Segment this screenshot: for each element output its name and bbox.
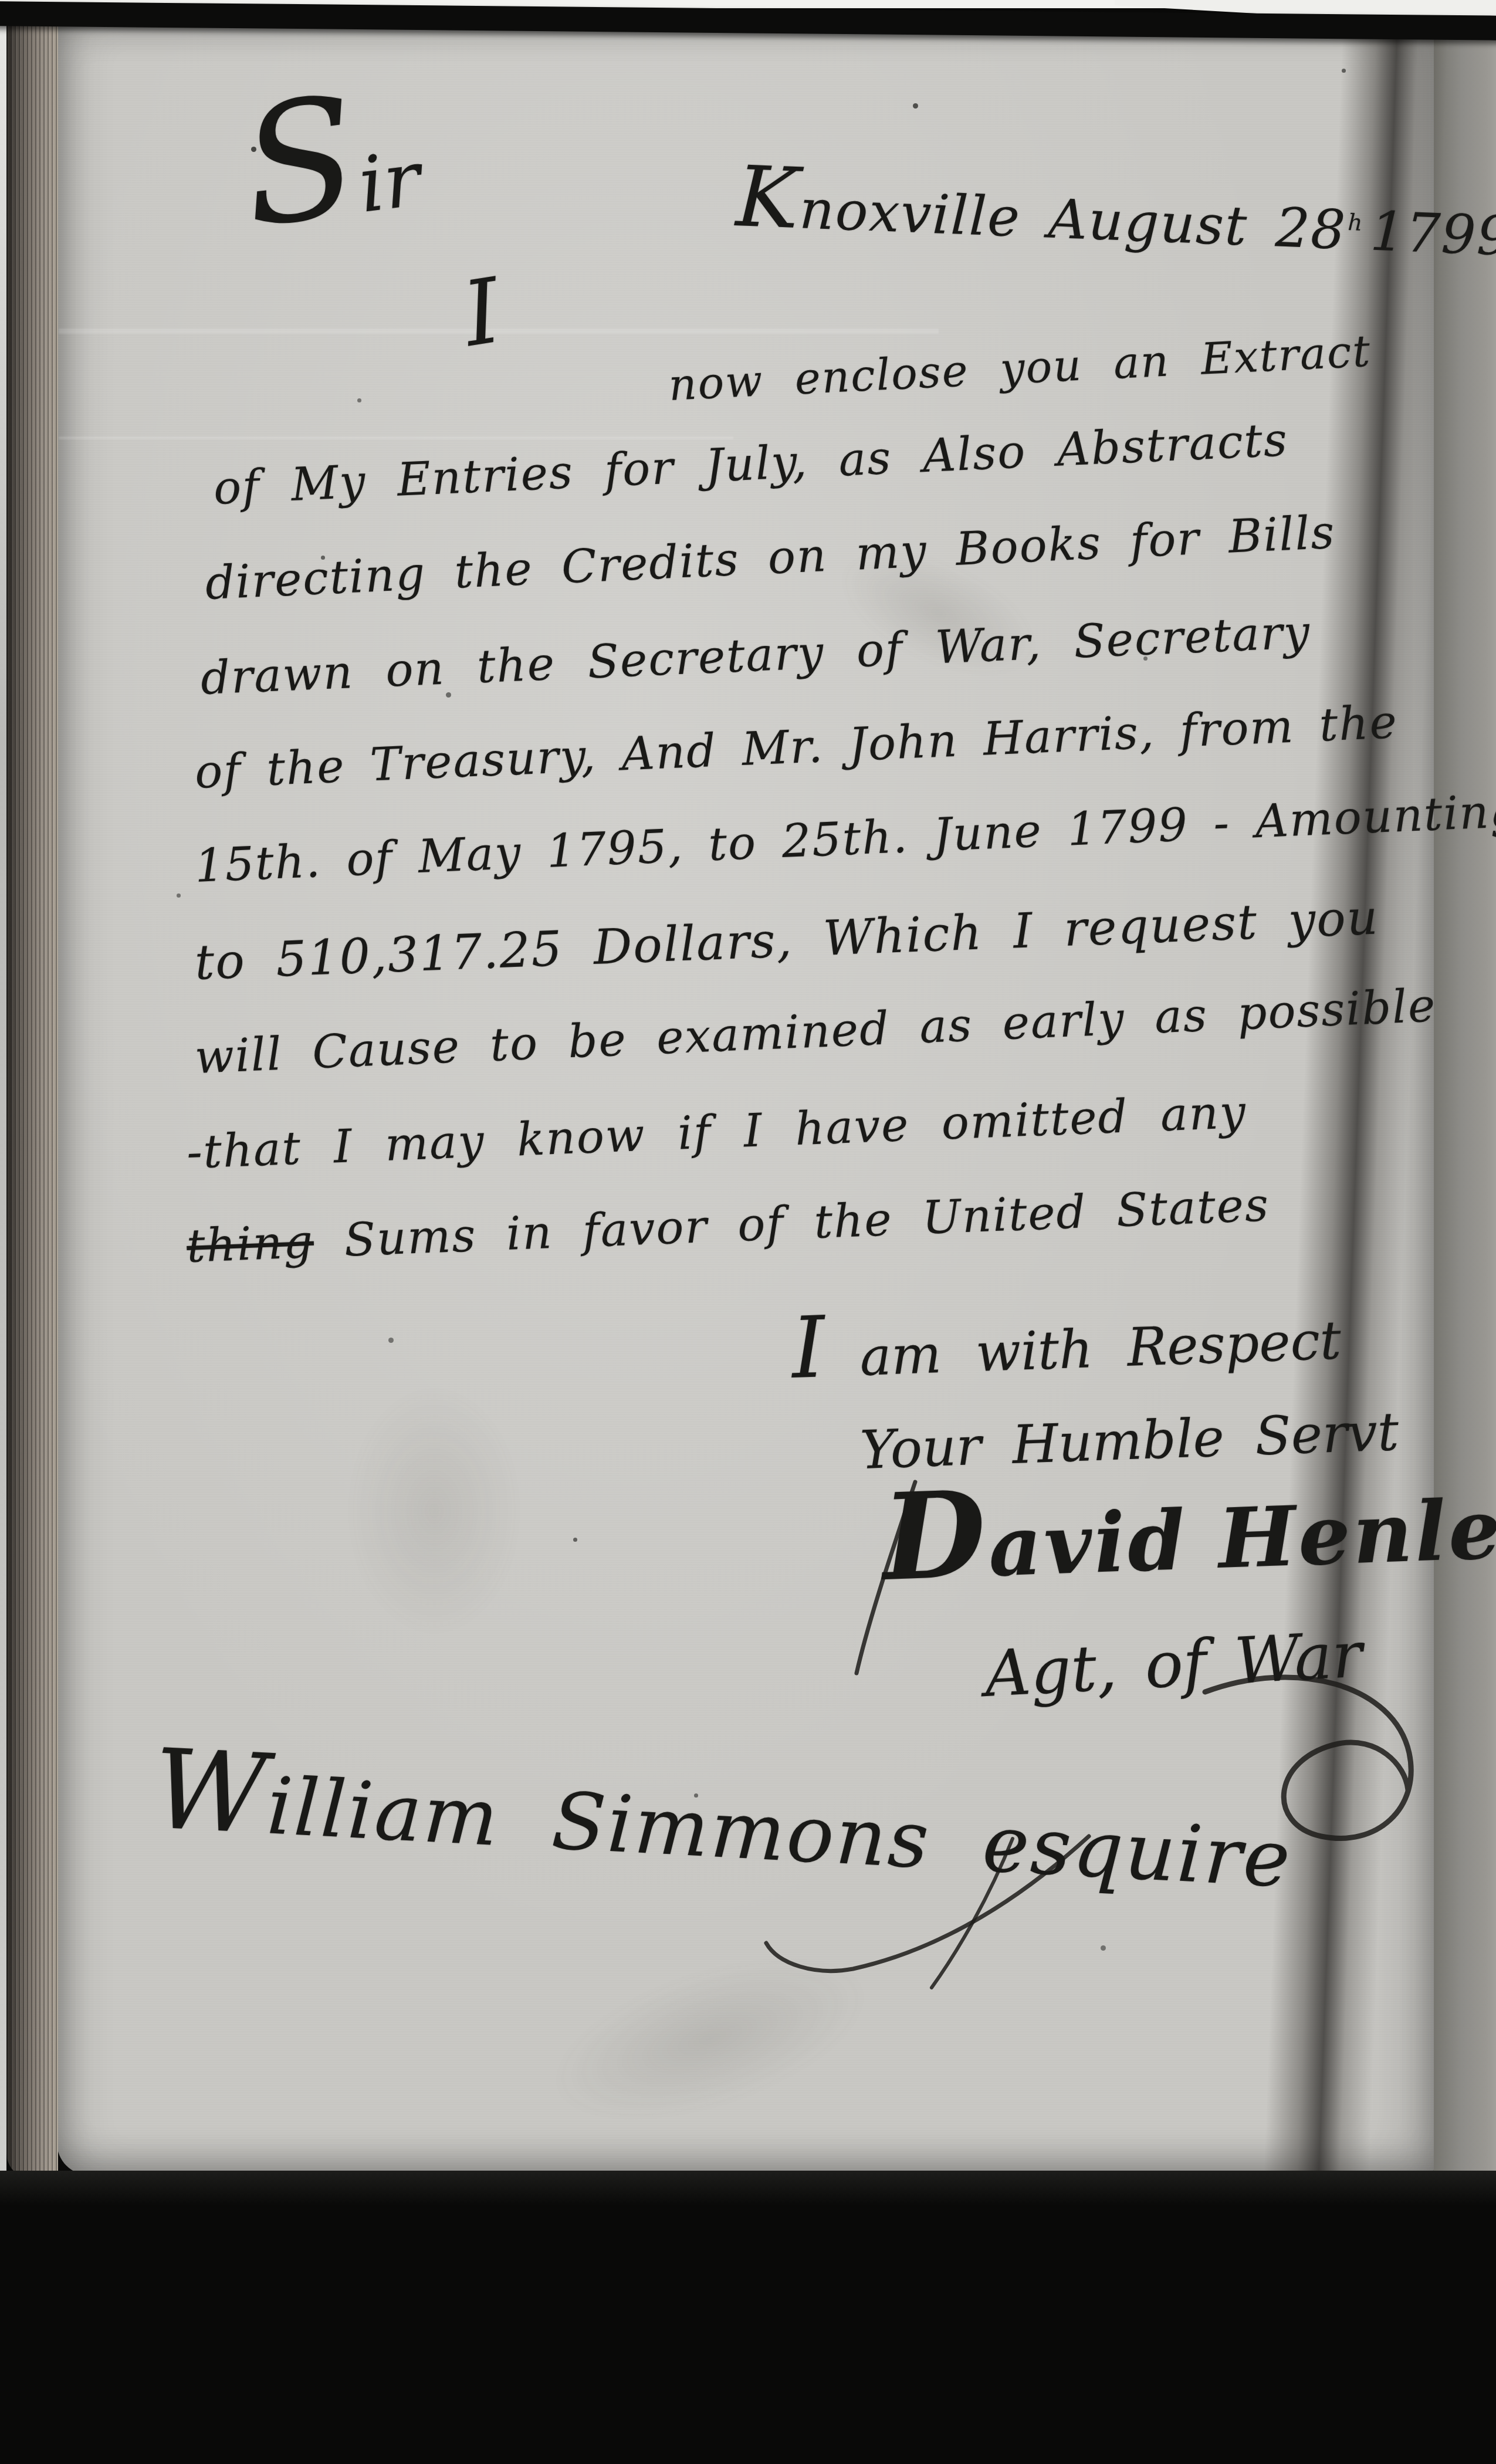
paper-smudge [346,1385,522,1637]
book-leaf-edges [6,14,58,2179]
scanner-edge-sliver [0,0,6,2464]
scan-bed-bottom [0,2171,1496,2464]
scan-streak [59,436,733,439]
struck-out-word: thing [186,1216,315,1273]
ink-specks [0,0,3,3]
salutation: Sir [239,107,425,243]
letterbook-scan: Knoxville August 28h1799 Sir I now enclo… [0,0,1496,2464]
dateline-ordinal: h [1348,209,1365,236]
dateline-year: 1799 [1369,200,1496,268]
